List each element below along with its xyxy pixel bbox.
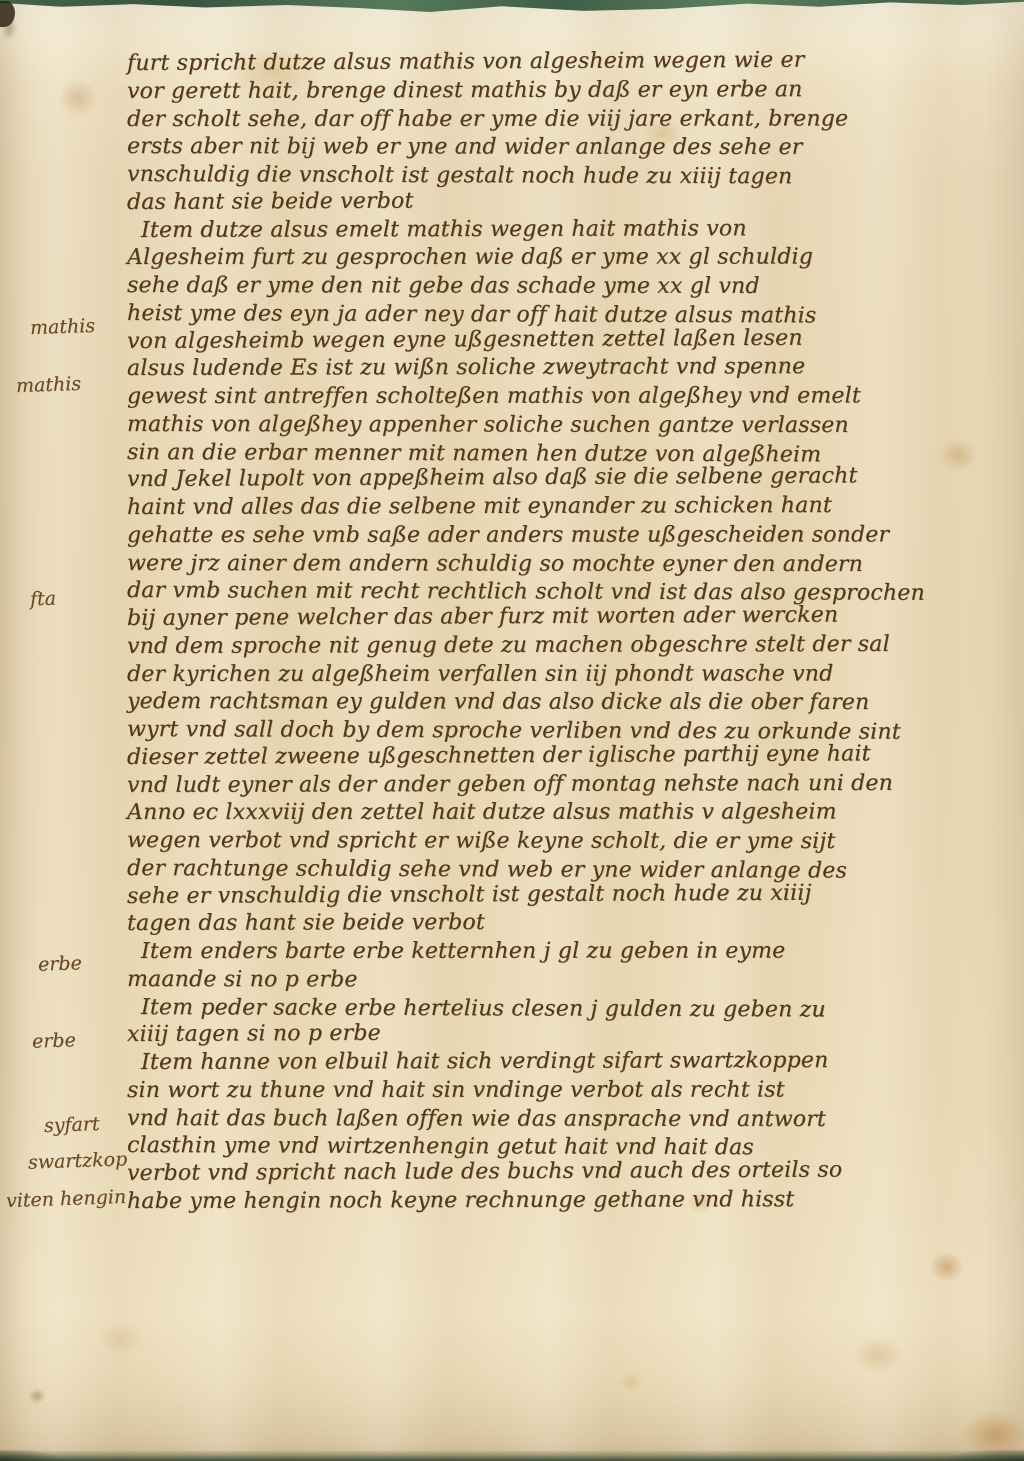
manuscript-line: haint vnd alles das die selbene mit eyna…	[127, 493, 996, 523]
margin-note: erbe	[38, 952, 82, 976]
margin-note: mathis	[16, 373, 82, 397]
manuscript-line: mathis von algeßhey appenher soliche suc…	[127, 412, 996, 441]
manuscript-line: verbot vnd spricht nach lude des buchs v…	[127, 1157, 996, 1189]
manuscript-line: maande si no p erbe	[127, 967, 996, 996]
manuscript-text-block: furt spricht dutze alsus mathis von alge…	[127, 51, 996, 1217]
binding-edge-top	[0, 0, 1024, 13]
margin-note: syfart	[44, 1113, 100, 1137]
manuscript-line: habe yme hengin noch keyne rechnunge get…	[127, 1186, 996, 1216]
manuscript-line: das hant sie beide verbot	[127, 186, 996, 218]
manuscript-line: vnd hait das buch laßen offen wie das an…	[127, 1106, 996, 1135]
manuscript-line: alsus ludende Es ist zu wißn soliche zwe…	[127, 354, 996, 384]
manuscript-line: Item dutze alsus emelt mathis wegen hait…	[127, 215, 996, 245]
manuscript-line: bij ayner pene welcher das aber furz mit…	[127, 602, 996, 634]
manuscript-line: vnd dem sproche nit genug dete zu machen…	[127, 631, 996, 661]
manuscript-line: der kyrichen zu algeßheim verfallen sin …	[127, 661, 996, 689]
manuscript-line: ersts aber nit bij web er yne and wider …	[127, 134, 996, 163]
manuscript-line: Item hanne von elbuil hait sich verdingt…	[127, 1048, 996, 1078]
manuscript-line: wegen verbot vnd spricht er wiße keyne s…	[127, 828, 996, 857]
margin-note: erbe	[32, 1029, 76, 1053]
binding-edge-bottom	[0, 1450, 1024, 1461]
manuscript-line: yedem rachtsman ey gulden vnd das also d…	[127, 689, 996, 718]
manuscript-page: furt spricht dutze alsus mathis von alge…	[0, 0, 1024, 1461]
manuscript-line: tagen das hant sie beide verbot	[127, 909, 996, 939]
manuscript-line: Algesheim furt zu gesprochen wie daß er …	[127, 245, 996, 273]
manuscript-line: vnd Jekel lupolt von appeßheim also daß …	[127, 463, 996, 495]
manuscript-line: gewest sint antreffen scholteßen mathis …	[127, 383, 996, 411]
manuscript-line: vor gerett hait, brenge dinest mathis by…	[127, 76, 996, 106]
manuscript-line: sin wort zu thune vnd hait sin vndinge v…	[127, 1077, 996, 1105]
corner-ink-spot	[0, 1, 15, 27]
manuscript-line: furt spricht dutze alsus mathis von alge…	[127, 47, 996, 79]
margin-note: mathis	[30, 315, 96, 339]
manuscript-line: sehe daß er yme den nit gebe das schade …	[127, 273, 996, 302]
manuscript-line: sehe er vnschuldig die vnscholt ist gest…	[127, 879, 996, 911]
manuscript-line: vnd ludt eyner als der ander geben off m…	[127, 770, 996, 800]
manuscript-line: gehatte es sehe vmb saße ader anders mus…	[127, 522, 996, 550]
margin-note: viten hengin	[6, 1186, 127, 1212]
manuscript-line: dieser zettel zweene ußgeschnetten der i…	[127, 741, 996, 773]
margin-note: fta	[30, 588, 57, 611]
manuscript-line: were jrz ainer dem andern schuldig so mo…	[127, 551, 996, 580]
margin-note: swartzkop	[28, 1148, 128, 1173]
manuscript-line: Item enders barte erbe ketternhen j gl z…	[127, 938, 996, 966]
manuscript-line: xiiij tagen si no p erbe	[127, 1018, 996, 1050]
manuscript-line: Anno ec lxxxviij den zettel hait dutze a…	[127, 800, 996, 828]
manuscript-line: von algesheimb wegen eyne ußgesnetten ze…	[127, 324, 996, 356]
manuscript-line: der scholt sehe, dar off habe er yme die…	[127, 106, 996, 134]
